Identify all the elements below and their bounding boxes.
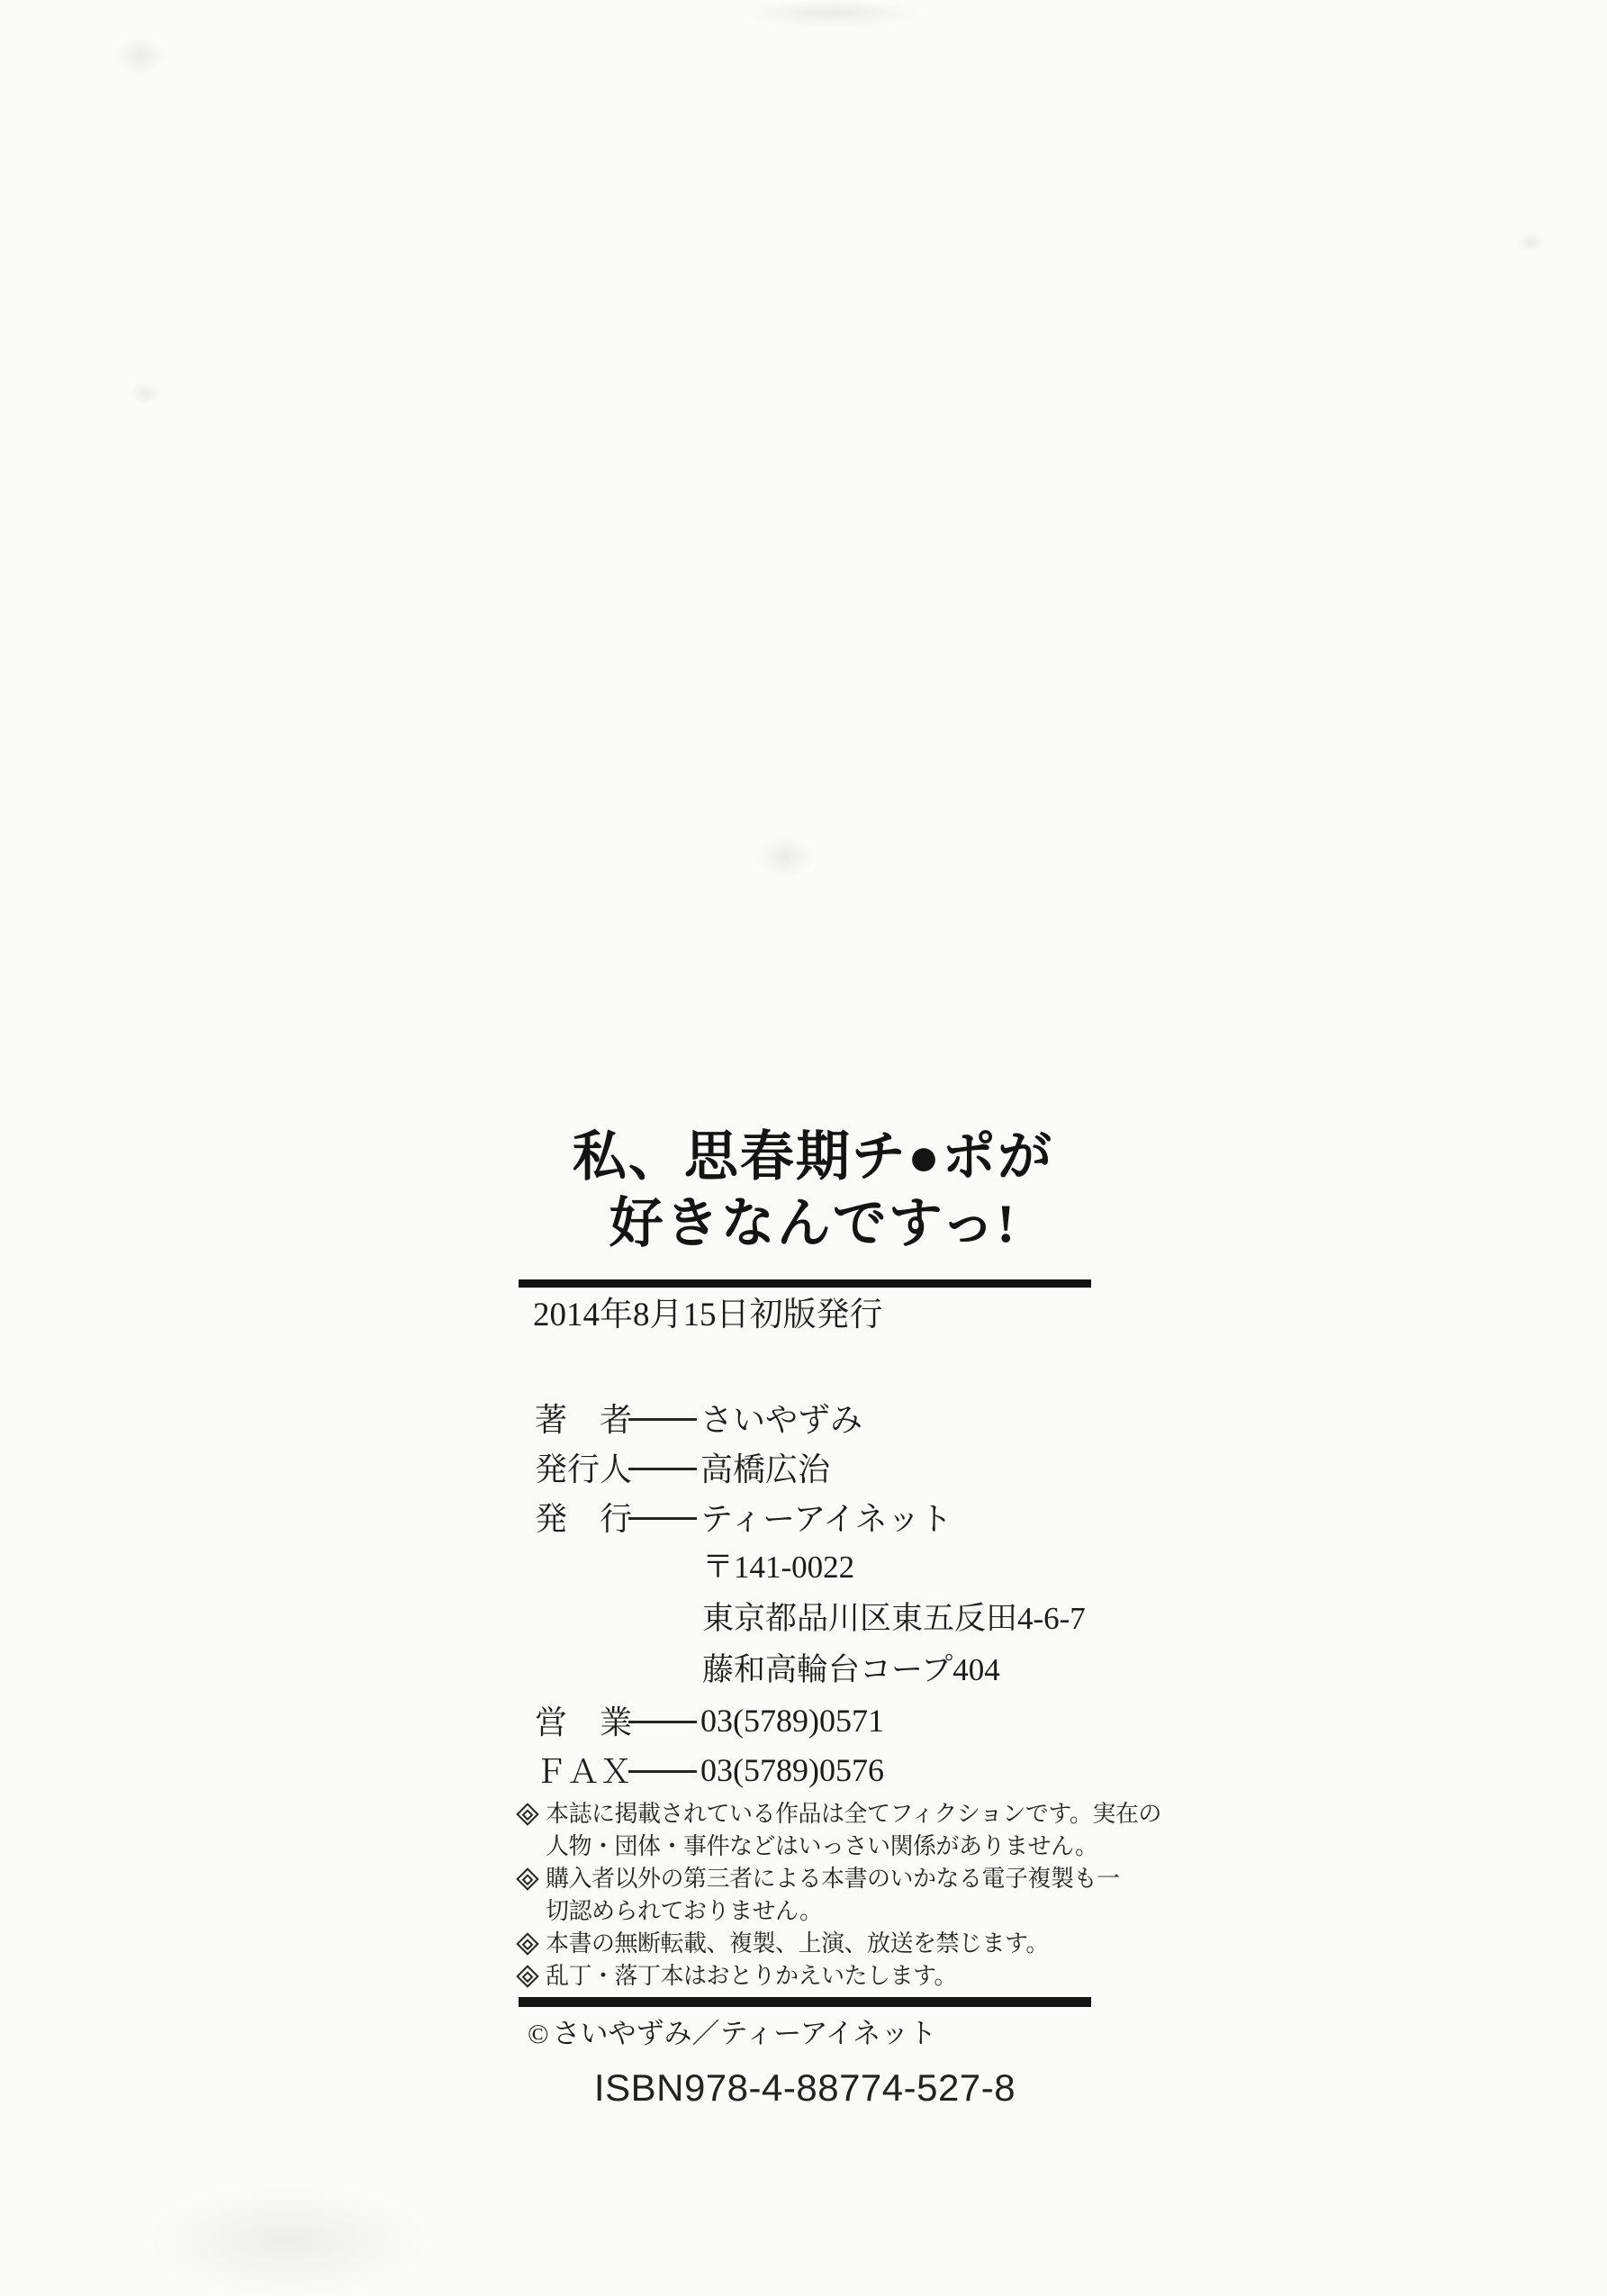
issuer-label: 発行人 [535, 1444, 628, 1490]
copyright-icon: © [528, 2018, 549, 2049]
sales-phone: 03(5789)0571 [700, 1702, 884, 1740]
notice-text: 乱丁・落丁本はおとりかえいたします。 [546, 1960, 957, 1993]
book-title-line-1: 私、思春期チ●ポが [535, 1124, 1091, 1190]
diamond-bullet-icon [519, 1968, 546, 1984]
diamond-bullet-icon [519, 1936, 546, 1952]
divider-top [519, 1279, 1091, 1288]
book-title-line-2: 好きなんですっ! [535, 1190, 1091, 1257]
scan-smudge [153, 2188, 423, 2296]
colophon-block: 私、思春期チ●ポが 好きなんですっ! 2014年8月15日初版発行 著 者 さい… [519, 1124, 1091, 2110]
copyright-holder: さいやずみ／ティーアイネット [553, 2018, 937, 2049]
leader-dash [628, 1517, 697, 1520]
notice-line: 切認められておりません。 [519, 1895, 1091, 1928]
info-row-fax: ＦＡＸ 03(5789)0576 [519, 1745, 1091, 1794]
notice-text: 人物・団体・事件などはいっさい関係がありません。 [546, 1830, 1098, 1863]
leader-dash [628, 1468, 697, 1470]
leader-dash [628, 1418, 697, 1421]
notice-line: 購入者以外の第三者による本書のいかなる電子複製も一 [519, 1863, 1091, 1895]
address-line-1: 東京都品川区東五反田4-6-7 [702, 1593, 1091, 1644]
info-row-sales: 営 業 03(5789)0571 [519, 1695, 1091, 1745]
info-row-author: 著 者 さいやずみ [519, 1393, 1091, 1442]
scan-smudge [131, 383, 161, 404]
edition-date: 2014年8月15日初版発行 [519, 1296, 1091, 1335]
notice-line: 乱丁・落丁本はおとりかえいたします。 [519, 1960, 1091, 1993]
scan-smudge [758, 837, 812, 877]
leader-dash [628, 1770, 697, 1773]
publication-info: 著 者 さいやずみ 発行人 高橋広治 発 行 ティーアイネット 〒141-002… [519, 1393, 1091, 1794]
fax-number: 03(5789)0576 [700, 1751, 884, 1789]
diamond-bullet-icon [519, 1806, 546, 1822]
postal-code: 〒141-0022 [702, 1541, 1091, 1593]
notice-text: 切認められておりません。 [546, 1895, 823, 1928]
author-label: 著 者 [535, 1395, 628, 1441]
scan-smudge [117, 38, 164, 74]
sales-label: 営 業 [535, 1697, 628, 1743]
leader-dash [628, 1721, 697, 1723]
notice-line: 本誌に掲載されている作品は全てフィクションです。実在の [519, 1798, 1091, 1830]
author-value: さいやずみ [700, 1395, 862, 1441]
publisher-label: 発 行 [535, 1494, 628, 1540]
scan-smudge [747, 0, 918, 27]
notice-text: 本書の無断転載、複製、上演、放送を禁じます。 [546, 1928, 1049, 1960]
info-row-publisher: 発 行 ティーアイネット [519, 1492, 1091, 1541]
diamond-bullet-icon [519, 1871, 546, 1887]
issuer-value: 高橋広治 [700, 1444, 830, 1490]
scan-smudge [1517, 232, 1544, 252]
book-title: 私、思春期チ●ポが 好きなんですっ! [519, 1124, 1091, 1257]
notice-text: 本誌に掲載されている作品は全てフィクションです。実在の [546, 1798, 1161, 1830]
isbn: ISBN978-4-88774-527-8 [519, 2066, 1091, 2110]
legal-notices: 本誌に掲載されている作品は全てフィクションです。実在の 人物・団体・事件などはい… [519, 1798, 1091, 1993]
info-row-issuer: 発行人 高橋広治 [519, 1442, 1091, 1492]
publisher-address: 〒141-0022 東京都品川区東五反田4-6-7 藤和高輪台コープ404 [519, 1541, 1091, 1695]
divider-bottom [519, 1997, 1091, 2007]
notice-line: 本書の無断転載、複製、上演、放送を禁じます。 [519, 1928, 1091, 1960]
notice-line: 人物・団体・事件などはいっさい関係がありません。 [519, 1830, 1091, 1863]
address-line-2: 藤和高輪台コープ404 [702, 1644, 1091, 1695]
copyright-line: ©さいやずみ／ティーアイネット [519, 2016, 1091, 2052]
notice-text: 購入者以外の第三者による本書のいかなる電子複製も一 [546, 1863, 1120, 1895]
fax-label: ＦＡＸ [535, 1747, 628, 1793]
publisher-value: ティーアイネット [700, 1494, 952, 1540]
